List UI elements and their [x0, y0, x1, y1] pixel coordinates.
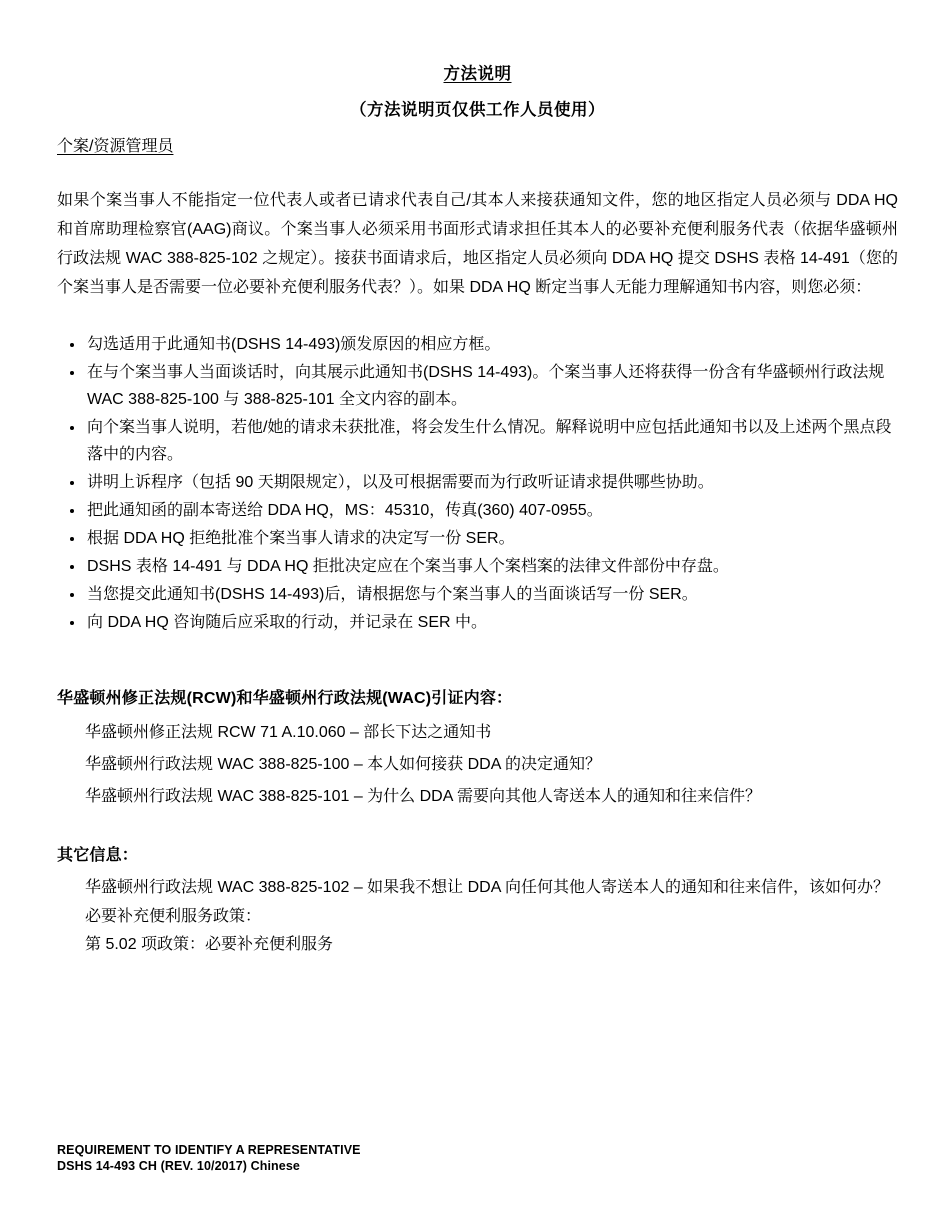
citation-item: 华盛顿州修正法规 RCW 71 A.10.060 – 部长下达之通知书	[85, 717, 898, 749]
role-heading: 个案/资源管理员	[57, 133, 898, 156]
list-item: 向 DDA HQ 咨询随后应采取的行动，并记录在 SER 中。	[85, 609, 898, 636]
list-item: 讲明上诉程序（包括 90 天期限规定），以及可根据需要而为行政听证请求提供哪些协…	[85, 469, 898, 496]
form-footer-title: REQUIREMENT TO IDENTIFY A REPRESENTATIVE	[57, 1143, 361, 1159]
role-heading-text: 个案/资源管理员	[57, 138, 173, 155]
other-info-item: 必要补充便利服务政策：	[85, 903, 898, 932]
instruction-list: 勾选适用于此通知书(DSHS 14-493)颁发原因的相应方框。 在与个案当事人…	[57, 331, 898, 636]
page-subtitle: （方法说明页仅供工作人员使用）	[57, 96, 898, 120]
list-item: 根据 DDA HQ 拒绝批准个案当事人请求的决定写一份 SER。	[85, 525, 898, 552]
list-item: 当您提交此通知书(DSHS 14-493)后，请根据您与个案当事人的当面谈话写一…	[85, 581, 898, 608]
list-item: 勾选适用于此通知书(DSHS 14-493)颁发原因的相应方框。	[85, 331, 898, 358]
citations-heading: 华盛顿州修正法规(RCW)和华盛顿州行政法规(WAC)引证内容：	[57, 685, 898, 708]
document-content: 方法说明 （方法说明页仅供工作人员使用） 个案/资源管理员 如果个案当事人不能指…	[0, 0, 950, 960]
other-info-list: 华盛顿州行政法规 WAC 388-825-102 – 如果我不想让 DDA 向任…	[57, 874, 898, 960]
list-item: 把此通知函的副本寄送给 DDA HQ，MS：45310，传真(360) 407-…	[85, 497, 898, 524]
page-title: 方法说明	[57, 60, 898, 84]
citations-list: 华盛顿州修正法规 RCW 71 A.10.060 – 部长下达之通知书 华盛顿州…	[57, 717, 898, 813]
list-item: 在与个案当事人当面谈话时，向其展示此通知书(DSHS 14-493)。个案当事人…	[85, 359, 898, 413]
form-footer-number: DSHS 14-493 CH (REV. 10/2017) Chinese	[57, 1159, 361, 1175]
citation-item: 华盛顿州行政法规 WAC 388-825-100 – 本人如何接获 DDA 的决…	[85, 749, 898, 781]
page-title-text: 方法说明	[444, 65, 512, 83]
list-item: DSHS 表格 14-491 与 DDA HQ 拒批决定应在个案当事人个案档案的…	[85, 553, 898, 580]
citation-item: 华盛顿州行政法规 WAC 388-825-101 – 为什么 DDA 需要向其他…	[85, 781, 898, 813]
list-item: 向个案当事人说明，若他/她的请求未获批准，将会发生什么情况。解释说明中应包括此通…	[85, 414, 898, 468]
other-info-item: 第 5.02 项政策：必要补充便利服务	[85, 931, 898, 960]
form-footer: REQUIREMENT TO IDENTIFY A REPRESENTATIVE…	[57, 1143, 361, 1174]
intro-paragraph: 如果个案当事人不能指定一位代表人或者已请求代表自己/其本人来接获通知文件，您的地…	[57, 186, 898, 302]
other-info-item: 华盛顿州行政法规 WAC 388-825-102 – 如果我不想让 DDA 向任…	[85, 874, 898, 903]
other-info-heading: 其它信息：	[57, 842, 898, 865]
document-page: 方法说明 （方法说明页仅供工作人员使用） 个案/资源管理员 如果个案当事人不能指…	[0, 0, 950, 1230]
